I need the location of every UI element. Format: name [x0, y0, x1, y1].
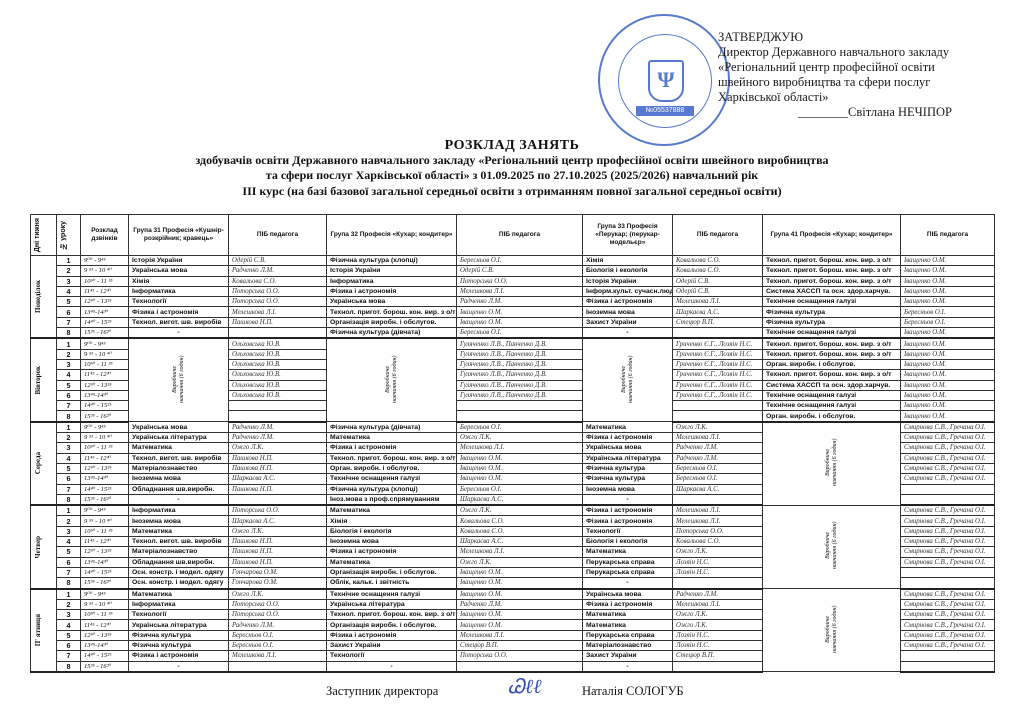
teacher-cell: [457, 411, 583, 422]
lesson-number: 3: [57, 276, 81, 286]
teacher-cell: Поторська О.О.: [457, 651, 583, 661]
teacher-cell: Іващенко О.М.: [457, 610, 583, 620]
subject-cell: Математика: [583, 547, 673, 557]
teacher-cell: [901, 567, 995, 577]
teacher-cell: Поторська О.О.: [457, 276, 583, 286]
teacher-cell: [673, 411, 763, 422]
teacher-cell: Мелешкова Л.І.: [673, 297, 763, 307]
subject-cell: Матеріалознавство: [129, 463, 229, 473]
subject-cell: Організація виробн. і обслугов.: [327, 620, 457, 630]
teacher-cell: Ковальова С.О.: [229, 276, 327, 286]
lesson-number: 4: [57, 620, 81, 630]
subject-cell: Захист України: [583, 317, 673, 327]
teacher-cell: Смирнова С.В., Гречана О.І.: [901, 443, 995, 453]
subject-cell: Інформ.культ. сучасн.людини: [583, 286, 673, 296]
subject-cell: Іноз.мова з проф.спрямуванням: [327, 494, 457, 505]
teacher-cell: Ольховська Ю.В.: [229, 370, 327, 380]
lesson-number: 4: [57, 286, 81, 296]
bell-time: 10⁵⁰ - 11 ³⁵: [81, 443, 129, 453]
bell-time: 14⁴⁰ - 15²⁵: [81, 317, 129, 327]
teacher-cell: Одерій С.В.: [457, 266, 583, 276]
teacher-cell: Іващенко О.М.: [901, 370, 995, 380]
subject-cell: Орган. виробн. і обслугов.: [327, 463, 457, 473]
bell-time: 9⁰⁰ - 9⁴⁵: [81, 505, 129, 516]
teacher-cell: Мелешкова Л.І.: [457, 630, 583, 640]
document-subtitle: та сфери послуг Харківської області» з 0…: [0, 168, 1024, 183]
lesson-number: 6: [57, 640, 81, 650]
bell-time: 12⁵⁰ - 13³⁵: [81, 547, 129, 557]
teacher-cell: Гриченко Є.Г., Лозяін Н.С.: [673, 349, 763, 359]
subject-cell: Технол. пригот. борош. кон. вир. з о/т: [763, 349, 901, 359]
teacher-cell: Іващенко О.М.: [901, 349, 995, 359]
bell-time: 12⁵⁰ - 13³⁵: [81, 380, 129, 390]
lesson-number: 5: [57, 547, 81, 557]
table-row: 512⁵⁰ - 13³⁵ТехнологіїПоторська О.О.Укра…: [31, 297, 995, 307]
subject-cell: Українська мова: [583, 443, 673, 453]
subject-cell: Технічне оснащення галузі: [763, 390, 901, 400]
subject-cell: Організація виробн. і обслугов.: [327, 317, 457, 327]
approval-block: ЗАТВЕРДЖУЮ Директор Державного навчально…: [718, 30, 952, 120]
subject-cell: Фізика і астрономія: [583, 297, 673, 307]
lesson-number: 1: [57, 589, 81, 600]
table-row: Вівторок19⁰⁰ - 9⁴⁵Виробниче навчання (6 …: [31, 338, 995, 349]
subject-cell: Технол. пригот. борош. кон. вир. з о/т: [327, 307, 457, 317]
teacher-cell: Радченко Л.М.: [673, 453, 763, 463]
day-label: Понеділок: [31, 256, 57, 339]
teacher-cell: Ожго Л.К.: [673, 620, 763, 630]
subject-cell: Математика: [327, 505, 457, 516]
subject-cell: Фізика і астрономія: [583, 433, 673, 443]
teacher-cell: Іващенко О.М.: [901, 286, 995, 296]
teacher-cell: Стецюр В.П.: [673, 317, 763, 327]
teacher-cell: [229, 411, 327, 422]
subject-cell: -: [129, 328, 229, 339]
subject-cell: Фізична культура: [583, 463, 673, 473]
subject-cell: Фізична культура: [129, 630, 229, 640]
teacher-cell: Радченко Л.М.: [673, 443, 763, 453]
teacher-cell: Радченко Л.М.: [229, 422, 327, 433]
teacher-cell: Ожго Л.К.: [673, 422, 763, 433]
lesson-number: 7: [57, 317, 81, 327]
teacher-cell: Ковальова С.О.: [673, 266, 763, 276]
subject-cell: Технол. пригот. борош. кон. вир. з о/т: [327, 610, 457, 620]
lesson-number: 1: [57, 338, 81, 349]
teacher-cell: Гуляченко Л.В., Панченко Д.В.: [457, 370, 583, 380]
subject-cell: Іноземна мова: [129, 516, 229, 526]
subject-cell: Облік, кальк. і звітність: [327, 578, 457, 589]
lesson-number: 1: [57, 422, 81, 433]
official-stamp: Ψ №05537888: [598, 14, 730, 146]
header-bells: Розклад дзвінків: [81, 215, 129, 256]
teacher-cell: Ольховська Ю.В.: [229, 338, 327, 349]
subject-cell: Обладнання шв.виробн.: [129, 484, 229, 494]
bell-time: 15³⁵ - 16²⁰: [81, 578, 129, 589]
teacher-cell: Ковальова С.О.: [457, 516, 583, 526]
subject-cell: Технол. пригот. борош. кон. вир. з о/т: [327, 453, 457, 463]
teacher-cell: Смирнова С.В., Гречана О.І.: [901, 433, 995, 443]
teacher-cell: Смирнова С.В., Гречана О.І.: [901, 463, 995, 473]
bell-time: 11⁴⁵ - 12³⁰: [81, 620, 129, 630]
subject-cell: Технол. вигот. шв. виробів: [129, 453, 229, 463]
lesson-number: 5: [57, 463, 81, 473]
teacher-cell: Гриченко Є.Г., Лозяін Н.С.: [673, 370, 763, 380]
bell-time: 15³⁵ - 16²⁰: [81, 661, 129, 672]
teacher-cell: Смирнова С.В., Гречана О.І.: [901, 505, 995, 516]
subject-cell: Технол. пригот. борош. кон. вир. з о/т: [763, 266, 901, 276]
teacher-cell: Поторська О.О.: [229, 286, 327, 296]
header-teacher: ПІБ педагога: [673, 215, 763, 256]
bell-time: 14⁴⁰ - 15²⁵: [81, 567, 129, 577]
bell-time: 15³⁵ - 16²⁰: [81, 494, 129, 505]
lesson-number: 3: [57, 443, 81, 453]
lesson-number: 7: [57, 484, 81, 494]
teacher-cell: [673, 661, 763, 672]
header-group-41: Група 41 Професія «Кухар; кондитер»: [763, 215, 901, 256]
bell-time: 12⁵⁰ - 13³⁵: [81, 630, 129, 640]
subject-cell: -: [129, 494, 229, 505]
approval-line: Директор Державного навчального закладу: [718, 45, 952, 60]
teacher-cell: [457, 401, 583, 411]
lesson-number: 5: [57, 630, 81, 640]
subject-cell: Фізика і астрономія: [327, 443, 457, 453]
bell-time: 13⁴⁵-14³⁰: [81, 640, 129, 650]
bell-time: 15³⁵ - 16²⁰: [81, 328, 129, 339]
teacher-cell: Іващенко О.М.: [457, 620, 583, 630]
subject-cell: Перукарська справа: [583, 567, 673, 577]
table-row: 411⁴⁵ - 12³⁰ІнформатикаПоторська О.О.Фіз…: [31, 286, 995, 296]
document-title: РОЗКЛАД ЗАНЯТЬ: [0, 138, 1024, 154]
subject-cell: Матеріалознавство: [583, 640, 673, 650]
teacher-cell: Бересньов О.І.: [229, 640, 327, 650]
lesson-number: 3: [57, 359, 81, 369]
lesson-number: 8: [57, 328, 81, 339]
teacher-cell: Пашкова Н.П.: [229, 537, 327, 547]
subject-cell: Хімія: [583, 256, 673, 266]
approval-line: швейного виробництва та сфери послуг: [718, 75, 952, 90]
bell-time: 9 ⁵⁵ - 10 ⁴⁰: [81, 266, 129, 276]
header-group-32: Група 32 Професія «Кухар; кондитер»: [327, 215, 457, 256]
bell-time: 9 ⁵⁵ - 10 ⁴⁰: [81, 599, 129, 609]
document-subtitle: ІІІ курс (на базі базової загальної сере…: [0, 184, 1024, 199]
subject-cell: -: [583, 578, 673, 589]
teacher-cell: Бересньов О.І.: [457, 422, 583, 433]
teacher-cell: Смирнова С.В., Гречана О.І.: [901, 453, 995, 463]
teacher-cell: Ожго Л.К.: [673, 547, 763, 557]
subject-cell: Українська література: [583, 453, 673, 463]
subject-cell: Інформатика: [129, 599, 229, 609]
trident-emblem-icon: Ψ: [648, 60, 684, 102]
bell-time: 15³⁵ - 16²⁰: [81, 411, 129, 422]
subject-cell: Математика: [129, 526, 229, 536]
teacher-cell: Іващенко О.М.: [457, 307, 583, 317]
teacher-cell: Мелешкова Л.І.: [229, 651, 327, 661]
teacher-cell: Смирнова С.В., Гречана О.І.: [901, 610, 995, 620]
practice-block: Виробниче навчання (6 годин): [129, 338, 229, 421]
subject-cell: Фізична культура: [763, 317, 901, 327]
teacher-cell: Радченко Л.М.: [457, 297, 583, 307]
subject-cell: Математика: [583, 610, 673, 620]
subject-cell: Технічне оснащення галузі: [327, 589, 457, 600]
teacher-cell: [457, 661, 583, 672]
teacher-cell: Шаркаєва А.С.: [457, 537, 583, 547]
teacher-cell: Смирнова С.В., Гречана О.І.: [901, 589, 995, 600]
lesson-number: 6: [57, 557, 81, 567]
lesson-number: 5: [57, 297, 81, 307]
teacher-cell: Гуляченко Л.В., Панченко Д.В.: [457, 390, 583, 400]
subject-cell: Фізика і астрономія: [129, 307, 229, 317]
subject-cell: Технічне оснащення галузі: [763, 328, 901, 339]
teacher-cell: Смирнова С.В., Гречана О.І.: [901, 422, 995, 433]
teacher-cell: Шаркаєва А.С.: [673, 484, 763, 494]
teacher-cell: Іващенко О.М.: [901, 276, 995, 286]
teacher-cell: Пашкова Н.П.: [229, 317, 327, 327]
subject-cell: Українська література: [129, 433, 229, 443]
teacher-cell: Мелешкова Л.І.: [673, 516, 763, 526]
teacher-cell: Ольховська Ю.В.: [229, 349, 327, 359]
bell-time: 9 ⁵⁵ - 10 ⁴⁰: [81, 516, 129, 526]
subject-cell: Технол. пригот. борош. кон. вир. з о/т: [763, 256, 901, 266]
teacher-cell: Іващенко О.М.: [901, 297, 995, 307]
subject-cell: Технол. пригот. борош. кон. вир. з о/т: [763, 338, 901, 349]
header-group-33: Група 33 Професія «Перукар; (перукар-мод…: [583, 215, 673, 256]
teacher-cell: Стецюр В.П.: [457, 640, 583, 650]
subject-cell: Технол. вигот. шв. виробів: [129, 537, 229, 547]
teacher-cell: [673, 328, 763, 339]
subject-cell: Перукарська справа: [583, 630, 673, 640]
practice-block: Виробниче навчання (6 годин): [583, 338, 673, 421]
subject-cell: Іноземна мова: [583, 307, 673, 317]
subject-cell: Українська мова: [129, 266, 229, 276]
subject-cell: Математика: [327, 433, 457, 443]
bell-time: 9⁰⁰ - 9⁴⁵: [81, 422, 129, 433]
lesson-number: 4: [57, 537, 81, 547]
bell-time: 11⁴⁵ - 12³⁰: [81, 453, 129, 463]
bell-time: 9 ⁵⁵ - 10 ⁴⁰: [81, 433, 129, 443]
teacher-cell: [229, 494, 327, 505]
bell-time: 9⁰⁰ - 9⁴⁵: [81, 338, 129, 349]
bell-time: 14⁴⁰ - 15²⁵: [81, 651, 129, 661]
subject-cell: Захист України: [583, 651, 673, 661]
teacher-cell: Іващенко О.М.: [901, 380, 995, 390]
teacher-cell: Ожго Л.К.: [457, 557, 583, 567]
teacher-cell: Пашкова Н.П.: [229, 453, 327, 463]
teacher-cell: [901, 484, 995, 494]
teacher-cell: Смирнова С.В., Гречана О.І.: [901, 547, 995, 557]
subject-cell: Українська література: [327, 599, 457, 609]
subject-cell: Фізика і астрономія: [583, 505, 673, 516]
subject-cell: Обладнання шв.виробн.: [129, 557, 229, 567]
table-row: Середа19⁰⁰ - 9⁴⁵Українська моваРадченко …: [31, 422, 995, 433]
subject-cell: Технології: [129, 297, 229, 307]
lesson-number: 2: [57, 433, 81, 443]
subject-cell: Фізика і астрономія: [583, 599, 673, 609]
bell-time: 11⁴⁵ - 12³⁰: [81, 370, 129, 380]
teacher-cell: Іващенко О.М.: [457, 567, 583, 577]
header-teacher: ПІБ педагога: [457, 215, 583, 256]
subject-cell: -: [583, 494, 673, 505]
teacher-cell: [901, 494, 995, 505]
subject-cell: Іноземна мова: [327, 537, 457, 547]
teacher-cell: Поторська О.О.: [229, 505, 327, 516]
bell-time: 11⁴⁵ - 12³⁰: [81, 286, 129, 296]
lesson-number: 6: [57, 307, 81, 317]
teacher-cell: [229, 328, 327, 339]
subject-cell: Іноземна мова: [583, 484, 673, 494]
subject-cell: Фізична культура: [763, 307, 901, 317]
teacher-cell: Поторська О.О.: [229, 610, 327, 620]
teacher-cell: Смирнова С.В., Гречана О.І.: [901, 640, 995, 650]
teacher-cell: Пашкова Н.П.: [229, 484, 327, 494]
teacher-cell: Іващенко О.М.: [901, 390, 995, 400]
teacher-cell: Радченко Л.М.: [229, 266, 327, 276]
teacher-cell: [673, 494, 763, 505]
teacher-cell: Радченко Л.М.: [229, 433, 327, 443]
lesson-number: 7: [57, 567, 81, 577]
bell-time: 9⁰⁰ - 9⁴⁵: [81, 256, 129, 266]
subject-cell: Біологія і екологія: [583, 537, 673, 547]
teacher-cell: Лозяін Н.С.: [673, 567, 763, 577]
teacher-cell: Ольховська Ю.В.: [229, 380, 327, 390]
teacher-cell: Іващенко О.М.: [457, 474, 583, 484]
subject-cell: Технології: [129, 610, 229, 620]
bell-time: 10⁵⁰ - 11 ³⁵: [81, 610, 129, 620]
teacher-cell: Бересньов О.І.: [673, 463, 763, 473]
table-row: П' ятниця19⁰⁰ - 9⁴⁵МатематикаОжго Л.К.Те…: [31, 589, 995, 600]
teacher-cell: Шаркаєва А.С.: [229, 474, 327, 484]
teacher-cell: Гуляченко Л.В., Панченко Д.В.: [457, 380, 583, 390]
teacher-cell: Ольховська Ю.В.: [229, 390, 327, 400]
teacher-cell: [229, 401, 327, 411]
teacher-cell: Стецюр В.П.: [673, 651, 763, 661]
teacher-cell: Смирнова С.В., Гречана О.І.: [901, 516, 995, 526]
teacher-cell: Пашкова Н.П.: [229, 463, 327, 473]
subject-cell: Українська мова: [129, 422, 229, 433]
subject-cell: Фізична культура: [129, 640, 229, 650]
bell-time: 11⁴⁵ - 12³⁰: [81, 537, 129, 547]
teacher-cell: [673, 401, 763, 411]
practice-block: Виробниче навчання (6 годин): [763, 422, 901, 505]
day-label: Вівторок: [31, 338, 57, 421]
subject-cell: Технічне оснащення галузі: [327, 474, 457, 484]
subject-cell: Фізика і астрономія: [583, 516, 673, 526]
subject-cell: Фізична культура: [583, 474, 673, 484]
teacher-cell: Смирнова С.В., Гречана О.І.: [901, 526, 995, 536]
teacher-cell: Гриченко Є.Г., Лозяін Н.С.: [673, 359, 763, 369]
subject-cell: Математика: [129, 443, 229, 453]
lesson-number: 2: [57, 516, 81, 526]
teacher-cell: Іващенко О.М.: [457, 589, 583, 600]
lesson-number: 2: [57, 349, 81, 359]
teacher-cell: Мелешкова Л.І.: [457, 286, 583, 296]
subject-cell: Інформатика: [129, 286, 229, 296]
teacher-cell: Пашкова Н.П.: [229, 557, 327, 567]
table-row: 714⁴⁰ - 15²⁵Технол. вигот. шв. виробівПа…: [31, 317, 995, 327]
teacher-cell: Гуляченко Л.В., Панченко Д.В.: [457, 338, 583, 349]
subject-cell: Математика: [327, 557, 457, 567]
bell-time: 10⁵⁰ - 11 ³⁵: [81, 359, 129, 369]
teacher-cell: [901, 661, 995, 672]
header-day: Дні тижня: [31, 215, 57, 256]
teacher-cell: Ожго Л.К.: [229, 526, 327, 536]
teacher-cell: Смирнова С.В., Гречана О.І.: [901, 537, 995, 547]
teacher-cell: Гуляченко Л.В., Панченко Д.В.: [457, 349, 583, 359]
teacher-cell: Шаркаєва А.С.: [229, 516, 327, 526]
teacher-cell: Пашкова Н.П.: [229, 547, 327, 557]
bell-time: 13⁴⁵-14³⁰: [81, 557, 129, 567]
teacher-cell: Шаркаєва А.С.: [457, 494, 583, 505]
teacher-cell: Лозяін Н.С.: [673, 557, 763, 567]
teacher-cell: Ожго Л.К.: [229, 443, 327, 453]
lesson-number: 8: [57, 578, 81, 589]
lesson-number: 3: [57, 610, 81, 620]
teacher-cell: Ковальова С.О.: [673, 256, 763, 266]
subject-cell: Інформатика: [129, 505, 229, 516]
subject-cell: Історія України: [583, 276, 673, 286]
teacher-cell: Іващенко О.М.: [901, 411, 995, 422]
teacher-cell: Іващенко О.М.: [457, 453, 583, 463]
teacher-cell: Ковальова С.О.: [457, 526, 583, 536]
teacher-cell: Бересньов О.І.: [457, 484, 583, 494]
teacher-cell: Мелешкова Л.І.: [673, 505, 763, 516]
bell-time: 14⁴⁰ - 15²⁵: [81, 484, 129, 494]
teacher-cell: Іващенко О.М.: [901, 359, 995, 369]
subject-cell: Хімія: [129, 276, 229, 286]
lesson-number: 4: [57, 453, 81, 463]
teacher-cell: Ожго Л.К.: [673, 610, 763, 620]
subject-cell: Фізика і астрономія: [327, 286, 457, 296]
approval-heading: ЗАТВЕРДЖУЮ: [718, 30, 952, 45]
bell-time: 13⁴⁵-14³⁰: [81, 307, 129, 317]
bell-time: 13⁴⁵-14³⁰: [81, 474, 129, 484]
bell-time: 10⁵⁰ - 11 ³⁵: [81, 276, 129, 286]
subject-cell: Осн. констр. і модел. одягу: [129, 567, 229, 577]
teacher-cell: Смирнова С.В., Гречана О.І.: [901, 557, 995, 567]
teacher-cell: Бересньов О.І.: [229, 630, 327, 640]
subject-cell: -: [583, 328, 673, 339]
subject-cell: Математика: [129, 589, 229, 600]
teacher-cell: Бересньов О.І.: [673, 474, 763, 484]
bell-time: 10⁵⁰ - 11 ³⁵: [81, 526, 129, 536]
subject-cell: Фізична культура (дівчата): [327, 422, 457, 433]
practice-block: Виробниче навчання (6 годин): [327, 338, 457, 421]
lesson-number: 8: [57, 661, 81, 672]
subject-cell: -: [129, 661, 229, 672]
subject-cell: Фізика і астрономія: [327, 630, 457, 640]
subject-cell: Іноземна мова: [129, 474, 229, 484]
subject-cell: Технології: [327, 651, 457, 661]
teacher-cell: Мелешкова Л.І.: [457, 443, 583, 453]
teacher-cell: Гончарова О.М.: [229, 578, 327, 589]
stamp-number: №05537888: [636, 106, 694, 116]
practice-block: Виробниче навчання (6 годин): [763, 505, 901, 588]
teacher-cell: Ожго Л.К.: [457, 505, 583, 516]
lesson-number: 2: [57, 599, 81, 609]
table-row: 613⁴⁵-14³⁰Фізика і астрономіяМелешкова Л…: [31, 307, 995, 317]
subject-cell: Біологія і екологія: [327, 526, 457, 536]
teacher-cell: Гриченко Є.Г., Лозяін Н.С.: [673, 380, 763, 390]
teacher-cell: Ковальова С.О.: [673, 537, 763, 547]
teacher-cell: Бересньов О.І.: [457, 328, 583, 339]
teacher-cell: Смирнова С.В., Гречана О.І.: [901, 474, 995, 484]
teacher-cell: Іващенко О.М.: [457, 578, 583, 589]
approval-signatory: ________Світлана НЕЧІПОР: [718, 105, 952, 120]
teacher-cell: Одерій С.В.: [673, 286, 763, 296]
teacher-cell: Лозяін Н.С.: [673, 630, 763, 640]
lesson-number: 1: [57, 505, 81, 516]
footer-name: Наталія СОЛОГУБ: [582, 684, 684, 699]
teacher-cell: Радченко Л.М.: [673, 589, 763, 600]
lesson-number: 7: [57, 651, 81, 661]
